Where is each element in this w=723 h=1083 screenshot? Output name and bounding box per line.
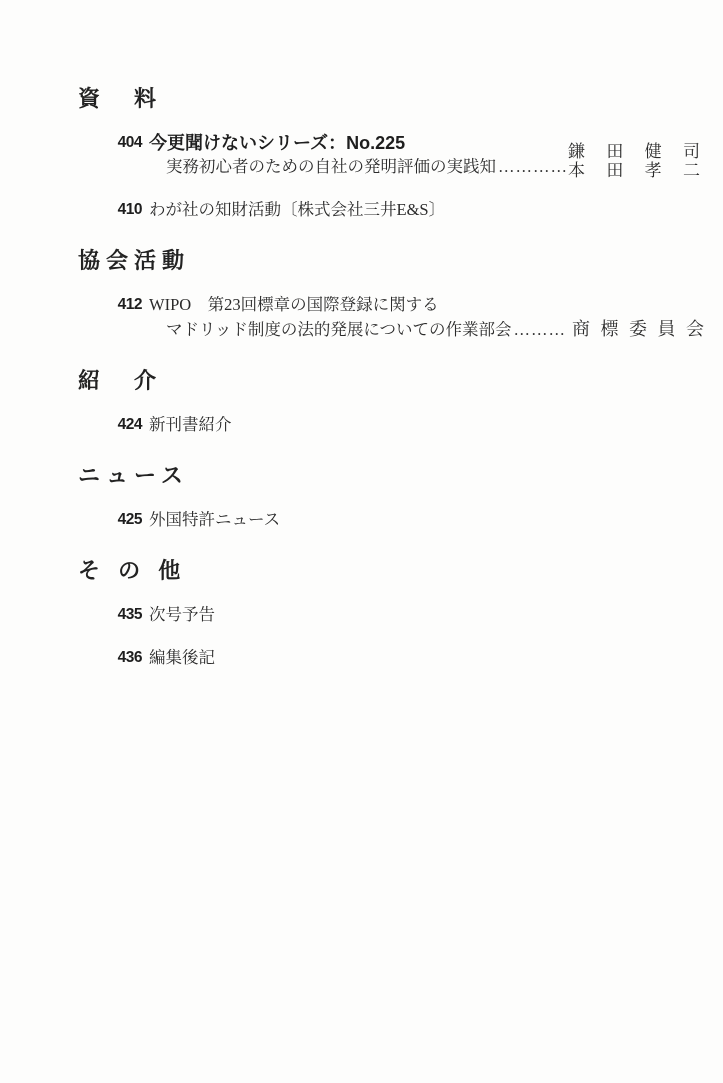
section-heading: 協会活動 — [78, 248, 723, 274]
entry-author: 鎌田健司 — [568, 142, 700, 161]
author-char: 田 — [606, 142, 623, 161]
entry-authors: 鎌田健司本田孝二 — [568, 142, 700, 180]
entry-title-text: WIPO 第23回標章の国際登録に関する — [149, 295, 439, 314]
page-number: 412 — [110, 293, 142, 342]
section-heading: 資 料 — [78, 86, 723, 112]
toc-entry: 425外国特許ニュース — [110, 508, 723, 532]
author-char: 鎌 — [568, 142, 585, 161]
entry-title-text: 実務初心者のための自社の発明評価の実践知 — [166, 157, 496, 176]
entry-body: WIPO 第23回標章の国際登録に関するマドリッド制度の法的発展についての作業部… — [149, 293, 704, 342]
toc-section: 資 料404鎌田健司本田孝二今更聞けないシリーズ：No.225実務初心者のための… — [78, 86, 723, 222]
entry-title-text: マドリッド制度の法的発展についての作業部会 — [166, 320, 512, 339]
toc-entry: 404鎌田健司本田孝二今更聞けないシリーズ：No.225実務初心者のための自社の… — [110, 131, 723, 179]
entry-body: わが社の知財活動〔株式会社三井E&S〕 — [149, 198, 445, 222]
author-char: 二 — [683, 161, 700, 180]
page-number: 424 — [110, 413, 142, 437]
entry-title-text: 新刊書紹介 — [149, 415, 232, 434]
entry-body: 編集後記 — [149, 646, 215, 670]
entry-body: 今更聞けないシリーズ：No.225実務初心者のための自社の発明評価の実践知………… — [149, 131, 568, 179]
toc-section: 協会活動412WIPO 第23回標章の国際登録に関するマドリッド制度の法的発展に… — [78, 248, 723, 342]
entry-title-text: 次号予告 — [149, 605, 215, 624]
section-heading: 紹 介 — [78, 368, 723, 394]
author-char: 健 — [645, 142, 662, 161]
toc-section: そ の 他435次号予告436編集後記 — [78, 558, 723, 670]
page-number: 425 — [110, 508, 142, 532]
author-char: 孝 — [645, 161, 662, 180]
entry-body: 新刊書紹介 — [149, 413, 232, 437]
toc-entry: 424新刊書紹介 — [110, 413, 723, 437]
entry-title-line: 次号予告 — [149, 603, 215, 627]
page-number: 436 — [110, 646, 142, 670]
dot-leader: ………… — [496, 157, 568, 176]
toc-section: 紹 介424新刊書紹介 — [78, 368, 723, 437]
entry-author: 本田孝二 — [568, 161, 700, 180]
author-char: 本 — [568, 161, 585, 180]
entry-title-line: WIPO 第23回標章の国際登録に関する — [149, 293, 704, 317]
entry-title-text: 外国特許ニュース — [149, 510, 280, 529]
toc-entry: 410わが社の知財活動〔株式会社三井E&S〕 — [110, 198, 723, 222]
toc-entry: 436編集後記 — [110, 646, 723, 670]
toc-entry: 412WIPO 第23回標章の国際登録に関するマドリッド制度の法的発展についての… — [110, 293, 723, 342]
entry-title-line: マドリッド制度の法的発展についての作業部会………商 標 委 員 会 — [149, 317, 704, 342]
entry-title-line: 実務初心者のための自社の発明評価の実践知………… — [149, 155, 568, 179]
section-heading: ニュース — [78, 463, 723, 489]
entry-title-text: わが社の知財活動〔株式会社三井E&S〕 — [149, 200, 445, 219]
toc-section: ニュース425外国特許ニュース — [78, 463, 723, 532]
toc-page: 資 料404鎌田健司本田孝二今更聞けないシリーズ：No.225実務初心者のための… — [0, 0, 723, 1083]
toc-sections: 資 料404鎌田健司本田孝二今更聞けないシリーズ：No.225実務初心者のための… — [78, 86, 723, 670]
entry-title-line: 編集後記 — [149, 646, 215, 670]
entry-title-line: 今更聞けないシリーズ：No.225 — [149, 131, 568, 155]
author-char: 田 — [606, 161, 623, 180]
entry-author: 商 標 委 員 会 — [566, 319, 704, 339]
entry-title-text: 今更聞けないシリーズ：No.225 — [149, 133, 405, 153]
section-heading: そ の 他 — [78, 558, 723, 584]
entry-body: 外国特許ニュース — [149, 508, 280, 532]
entry-title-line: 外国特許ニュース — [149, 508, 280, 532]
dot-leader: ……… — [512, 320, 567, 339]
author-char: 司 — [683, 142, 700, 161]
entry-title-text: 編集後記 — [149, 648, 215, 667]
entry-title-line: 新刊書紹介 — [149, 413, 232, 437]
entry-body: 次号予告 — [149, 603, 215, 627]
page-number: 410 — [110, 198, 142, 222]
toc-entry: 435次号予告 — [110, 603, 723, 627]
entry-title-line: わが社の知財活動〔株式会社三井E&S〕 — [149, 198, 445, 222]
page-number: 435 — [110, 603, 142, 627]
page-number: 404 — [110, 131, 142, 179]
